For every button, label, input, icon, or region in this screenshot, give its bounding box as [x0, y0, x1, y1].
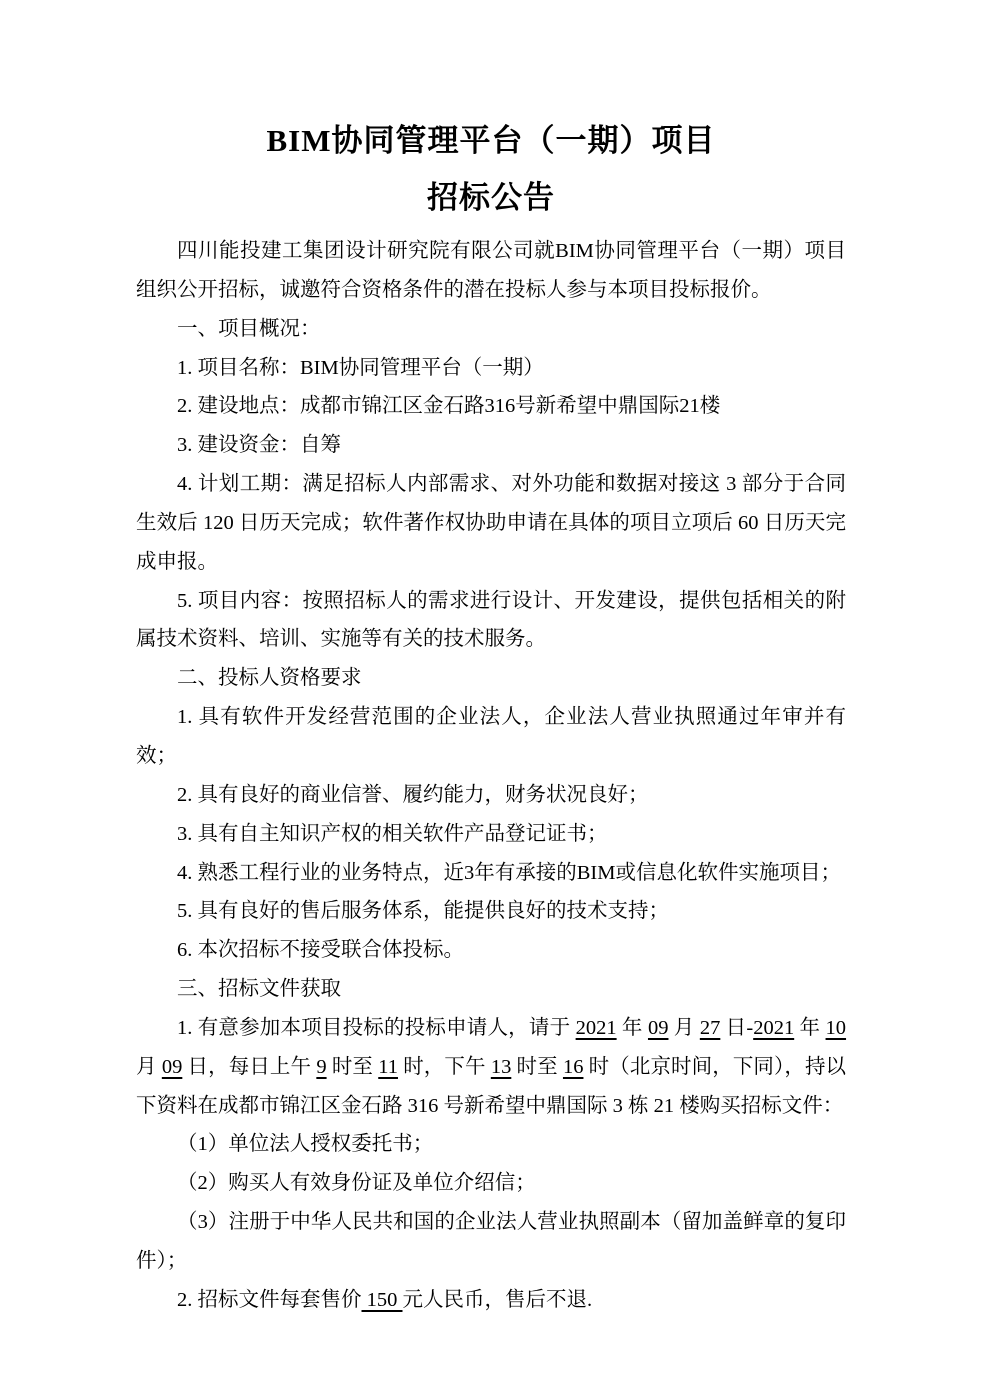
item-project-name: 1. 项目名称：BIM协同管理平台（一期） [136, 349, 846, 388]
heading-section-3: 三、招标文件获取 [136, 970, 846, 1009]
paragraph-document-purchase: 1. 有意参加本项目投标的投标申请人，请于 2021 年 09 月 27 日-2… [136, 1009, 846, 1126]
purchase-requirement-1: （1）单位法人授权委托书； [136, 1125, 846, 1164]
text-segment: 日，每日上午 [182, 1056, 316, 1078]
text-segment: 时至 [511, 1056, 563, 1078]
item-project-location: 2. 建设地点：成都市锦江区金石路316号新希望中鼎国际21楼 [136, 387, 846, 426]
underlined-value: 2021 [753, 1017, 794, 1039]
qualification-item-3: 3. 具有自主知识产权的相关软件产品登记证书； [136, 815, 846, 854]
text-segment: 年 [794, 1017, 825, 1039]
qualification-item-1: 1. 具有软件开发经营范围的企业法人，企业法人营业执照通过年审并有效； [136, 698, 846, 776]
purchase-requirement-3: （3）注册于中华人民共和国的企业法人营业执照副本（留加盖鲜章的复印件）； [136, 1203, 846, 1281]
underlined-value: 13 [491, 1056, 512, 1078]
underlined-value: 27 [700, 1017, 721, 1039]
qualification-item-4: 4. 熟悉工程行业的业务特点，近3年有承接的BIM或信息化软件实施项目； [136, 854, 846, 893]
underlined-value: 2021 [576, 1017, 617, 1039]
heading-section-1: 一、项目概况： [136, 310, 846, 349]
item-project-funding: 3. 建设资金：自筹 [136, 426, 846, 465]
text-segment: 月 [668, 1017, 699, 1039]
text-segment: 时，下午 [398, 1056, 491, 1078]
underlined-value: 09 [162, 1056, 183, 1078]
document-body: 四川能投建工集团设计研究院有限公司就BIM协同管理平台（一期）项目组织公开招标，… [136, 232, 846, 1320]
qualification-item-2: 2. 具有良好的商业信誉、履约能力，财务状况良好； [136, 776, 846, 815]
paragraph-document-price: 2. 招标文件每套售价 150 元人民币，售后不退. [136, 1281, 846, 1320]
document-subtitle: 招标公告 [136, 169, 846, 226]
underlined-value: 9 [316, 1056, 326, 1078]
underlined-value: 150 [362, 1289, 403, 1311]
text-segment: 时至 [327, 1056, 379, 1078]
document-content: BIM协同管理平台（一期）项目 招标公告 四川能投建工集团设计研究院有限公司就B… [136, 0, 846, 1320]
text-segment: 2. 招标文件每套售价 [177, 1289, 362, 1311]
qualification-item-6: 6. 本次招标不接受联合体投标。 [136, 931, 846, 970]
purchase-requirement-2: （2）购买人有效身份证及单位介绍信； [136, 1164, 846, 1203]
qualification-item-5: 5. 具有良好的售后服务体系，能提供良好的技术支持； [136, 892, 846, 931]
underlined-value: 16 [563, 1056, 584, 1078]
item-project-content: 5. 项目内容：按照招标人的需求进行设计、开发建设，提供包括相关的附属技术资料、… [136, 582, 846, 660]
text-segment: 年 [617, 1017, 648, 1039]
text-segment: 月 [136, 1056, 162, 1078]
item-project-schedule: 4. 计划工期：满足招标人内部需求、对外功能和数据对接这 3 部分于合同生效后 … [136, 465, 846, 582]
underlined-value: 10 [826, 1017, 847, 1039]
document-page: BIM协同管理平台（一期）项目 招标公告 四川能投建工集团设计研究院有限公司就B… [0, 0, 985, 1393]
underlined-value: 11 [378, 1056, 398, 1078]
document-title: BIM协同管理平台（一期）项目 [136, 112, 846, 169]
heading-section-2: 二、投标人资格要求 [136, 659, 846, 698]
text-segment: 元人民币，售后不退. [403, 1289, 593, 1311]
text-segment: 1. 有意参加本项目投标的投标申请人，请于 [177, 1017, 576, 1039]
paragraph-intro: 四川能投建工集团设计研究院有限公司就BIM协同管理平台（一期）项目组织公开招标，… [136, 232, 846, 310]
underlined-value: 09 [648, 1017, 669, 1039]
text-segment: 日- [720, 1017, 753, 1039]
